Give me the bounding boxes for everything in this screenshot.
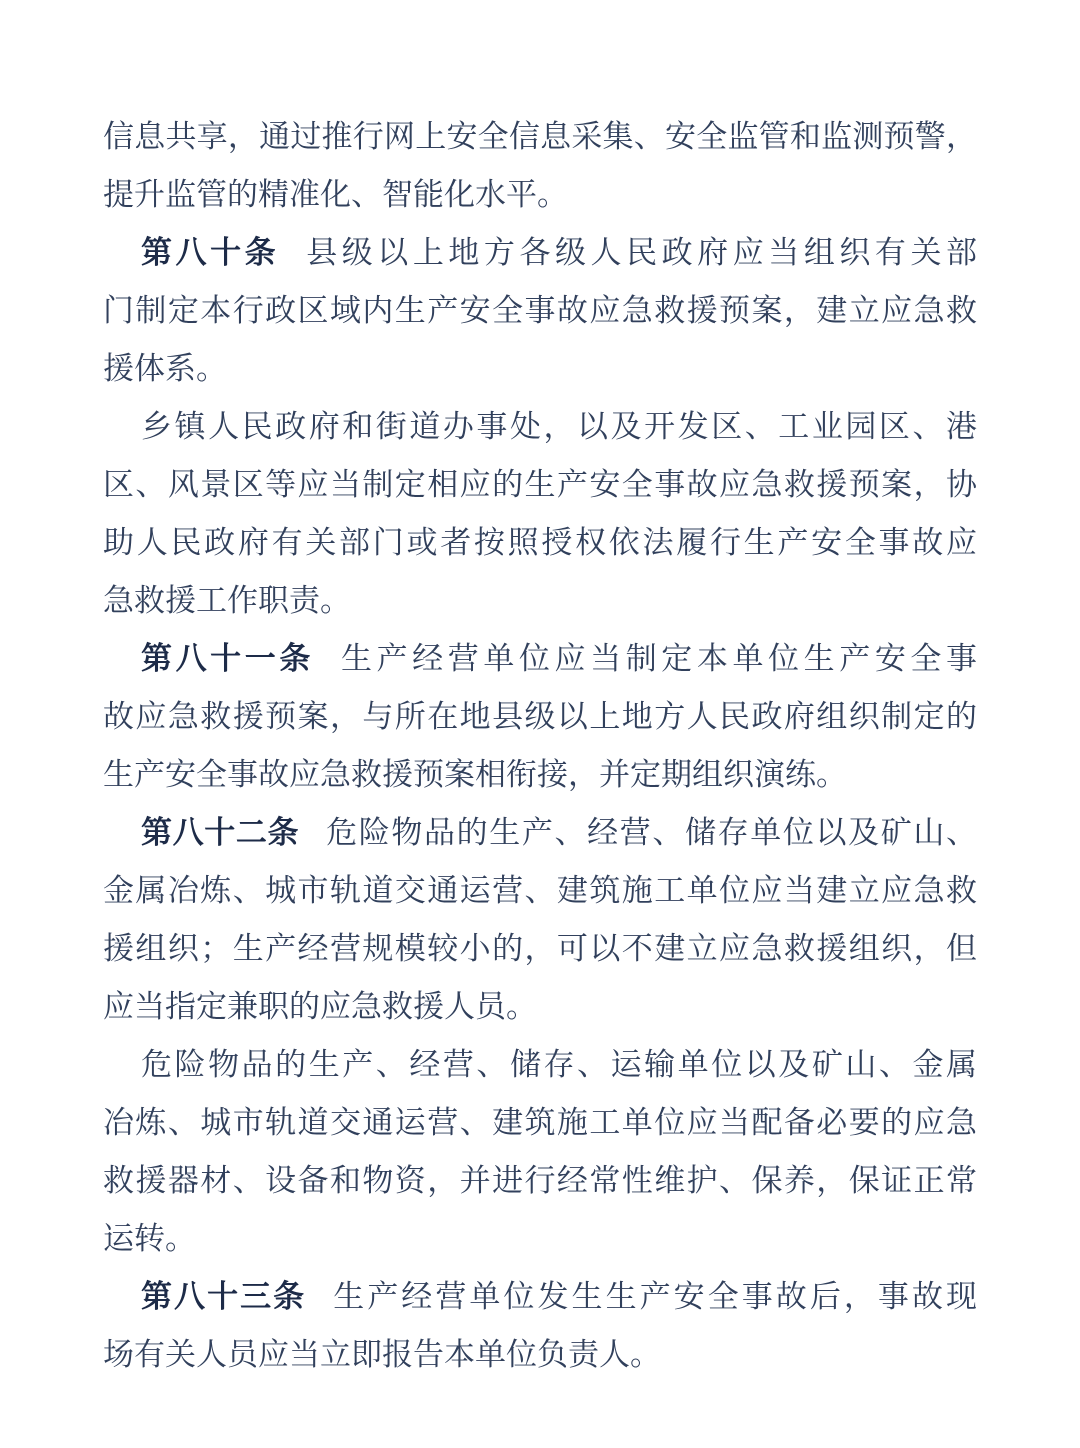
text-line: 危险物品的生产、经营、储存、运输单位以及矿山、金属 xyxy=(103,1036,977,1094)
text-line: 应当指定兼职的应急救援人员。 xyxy=(103,978,977,1036)
line-text: 救援器材、设备和物资，并进行经常性维护、保养，保证正常 xyxy=(103,1163,977,1198)
article-number: 第八十一条 xyxy=(141,641,314,676)
line-text: 危险物品的生产、经营、储存、运输单位以及矿山、金属 xyxy=(141,1047,977,1082)
text-line-article-82: 第八十二条危险物品的生产、经营、储存单位以及矿山、 xyxy=(103,804,977,862)
text-line: 救援器材、设备和物资，并进行经常性维护、保养，保证正常 xyxy=(103,1152,977,1210)
line-text: 场有关人员应当立即报告本单位负责人。 xyxy=(103,1337,661,1372)
line-text: 应当指定兼职的应急救援人员。 xyxy=(103,989,537,1024)
line-text: 援体系。 xyxy=(103,351,227,386)
text-line: 援组织；生产经营规模较小的，可以不建立应急救援组织，但 xyxy=(103,920,977,978)
text-line: 区、风景区等应当制定相应的生产安全事故应急救援预案，协 xyxy=(103,456,977,514)
page: { "page": { "background_color": "#ffffff… xyxy=(0,0,1080,1448)
text-line: 提升监管的精准化、智能化水平。 xyxy=(103,166,977,224)
line-text: 生产经营单位应当制定本单位生产安全事 xyxy=(341,641,977,676)
text-line: 急救援工作职责。 xyxy=(103,572,977,630)
line-text: 生产经营单位发生生产安全事故后，事故现 xyxy=(333,1279,977,1314)
line-text: 金属冶炼、城市轨道交通运营、建筑施工单位应当建立应急救 xyxy=(103,873,977,908)
text-line: 场有关人员应当立即报告本单位负责人。 xyxy=(103,1326,977,1384)
text-line: 援体系。 xyxy=(103,340,977,398)
line-text: 运转。 xyxy=(103,1221,196,1256)
text-line: 金属冶炼、城市轨道交通运营、建筑施工单位应当建立应急救 xyxy=(103,862,977,920)
line-text: 急救援工作职责。 xyxy=(103,583,351,618)
text-line: 乡镇人民政府和街道办事处，以及开发区、工业园区、港 xyxy=(103,398,977,456)
line-text: 生产安全事故应急救援预案相衔接，并定期组织演练。 xyxy=(103,757,847,792)
line-text: 提升监管的精准化、智能化水平。 xyxy=(103,177,568,212)
text-line: 门制定本行政区域内生产安全事故应急救援预案，建立应急救 xyxy=(103,282,977,340)
line-text: 冶炼、城市轨道交通运营、建筑施工单位应当配备必要的应急 xyxy=(103,1105,977,1140)
text-line: 故应急救援预案，与所在地县级以上地方人民政府组织制定的 xyxy=(103,688,977,746)
line-text: 门制定本行政区域内生产安全事故应急救援预案，建立应急救 xyxy=(103,293,977,328)
article-number: 第八十二条 xyxy=(141,815,299,850)
line-text: 援组织；生产经营规模较小的，可以不建立应急救援组织，但 xyxy=(103,931,977,966)
line-text: 危险物品的生产、经营、储存单位以及矿山、 xyxy=(326,815,977,850)
text-line: 信息共享，通过推行网上安全信息采集、安全监管和监测预警， xyxy=(103,108,977,166)
line-text: 区、风景区等应当制定相应的生产安全事故应急救援预案，协 xyxy=(103,467,977,502)
text-line-article-81: 第八十一条生产经营单位应当制定本单位生产安全事 xyxy=(103,630,977,688)
text-line: 生产安全事故应急救援预案相衔接，并定期组织演练。 xyxy=(103,746,977,804)
line-text: 乡镇人民政府和街道办事处，以及开发区、工业园区、港 xyxy=(141,409,977,444)
text-line-article-83: 第八十三条生产经营单位发生生产安全事故后，事故现 xyxy=(103,1268,977,1326)
text-line: 冶炼、城市轨道交通运营、建筑施工单位应当配备必要的应急 xyxy=(103,1094,977,1152)
text-line-article-80: 第八十条县级以上地方各级人民政府应当组织有关部 xyxy=(103,224,977,282)
article-number: 第八十三条 xyxy=(141,1279,306,1314)
document-body: 信息共享，通过推行网上安全信息采集、安全监管和监测预警， 提升监管的精准化、智能… xyxy=(103,108,977,1384)
line-text: 故应急救援预案，与所在地县级以上地方人民政府组织制定的 xyxy=(103,699,977,734)
article-number: 第八十条 xyxy=(141,235,279,270)
line-text: 县级以上地方各级人民政府应当组织有关部 xyxy=(306,235,977,270)
line-text: 信息共享，通过推行网上安全信息采集、安全监管和监测预警， xyxy=(103,119,977,154)
text-line: 运转。 xyxy=(103,1210,977,1268)
text-line: 助人民政府有关部门或者按照授权依法履行生产安全事故应 xyxy=(103,514,977,572)
line-text: 助人民政府有关部门或者按照授权依法履行生产安全事故应 xyxy=(103,525,977,560)
